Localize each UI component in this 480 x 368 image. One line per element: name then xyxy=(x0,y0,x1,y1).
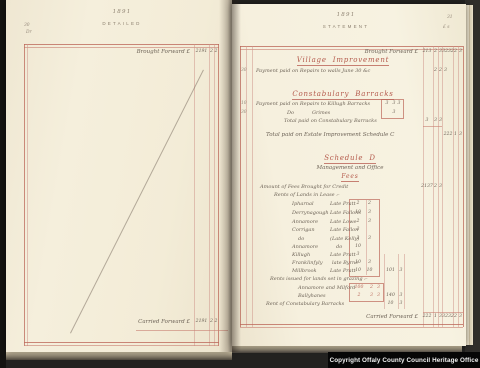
sum-line xyxy=(423,126,442,127)
land-item-row: Annamore Late Lowe 2 3 xyxy=(232,219,466,227)
land-name: Annamore xyxy=(292,244,318,250)
margin-date: 30 xyxy=(241,110,247,115)
rule-line xyxy=(209,44,210,346)
amount-pence: 2 xyxy=(214,49,218,54)
left-page-bottom-edge xyxy=(6,352,232,360)
rule-line xyxy=(24,345,219,346)
amount: 3 xyxy=(443,68,448,73)
subtotal: 101 xyxy=(383,268,398,273)
rule-line xyxy=(24,44,219,45)
margin-date: 10 xyxy=(241,101,247,106)
grazing-name: Annamore and Milford xyxy=(298,285,355,291)
left-folio-note: 30 xyxy=(24,23,30,28)
entry-text: Rent of Constabulary Barracks xyxy=(266,301,344,307)
rule-line xyxy=(240,327,463,328)
amount: 3 xyxy=(368,293,375,298)
left-page: 30 Dr 1891 DETAILED Brought Forward £ 21… xyxy=(6,0,232,352)
land-item-row: Ipharnal Late Pratt 2 2 xyxy=(232,201,466,209)
amount: 3 xyxy=(350,227,366,232)
rule-line xyxy=(24,342,219,343)
amount-pence: 2 xyxy=(214,319,218,324)
ledger-photo: 30 Dr 1891 DETAILED Brought Forward £ 21… xyxy=(0,0,480,368)
amount: 3 xyxy=(350,252,366,257)
entry-text: Grimes xyxy=(312,110,330,116)
amount: 3 xyxy=(366,219,373,224)
amount: 100 xyxy=(350,285,368,290)
amount-pence: 3 xyxy=(458,314,463,319)
constabulary-heading: Constabulary Barracks xyxy=(252,90,434,98)
land-item-row: Annamore do 10 xyxy=(232,244,466,252)
rule-line xyxy=(24,47,219,48)
amount: 3 xyxy=(366,210,373,215)
land-item-row: Killugh Late Pratt 3 xyxy=(232,252,466,260)
amount-pence: 3 xyxy=(458,132,463,137)
book-gutter-shadow xyxy=(219,0,241,352)
amount: 10 xyxy=(350,260,366,265)
amount: 3 xyxy=(366,236,373,241)
land-name: Killugh xyxy=(292,252,310,258)
carried-forward-label: Carried Forward £ xyxy=(138,319,190,325)
amount: 2 xyxy=(366,201,373,206)
rule-line xyxy=(214,44,215,346)
rule-line xyxy=(24,44,25,346)
subtotal: 3 xyxy=(398,268,404,273)
land-name: Franklinfyly xyxy=(292,260,323,266)
entry-text: Total paid on Constabulary Barracks xyxy=(284,118,377,124)
cross-out-diagonal xyxy=(70,70,204,334)
amount: 3 xyxy=(375,293,382,298)
total-estate-row: Total paid on Estate Improvement Schedul… xyxy=(232,132,466,140)
rule-line xyxy=(27,44,28,346)
amount: 10 xyxy=(350,210,366,215)
right-folio-number: 31 xyxy=(447,15,453,20)
amount: 10 xyxy=(366,268,373,273)
fees-amount-row: Amount of Fees Brought for Credit 2137 2… xyxy=(232,184,466,192)
left-folio-note2: Dr xyxy=(26,30,32,35)
amount: 10 xyxy=(350,244,366,249)
brought-forward-label: Brought Forward £ xyxy=(137,49,190,55)
entry-text: Payment paid on Repairs to Killugh Barra… xyxy=(256,101,370,107)
right-page: 1891 STATEMENT 31 £ s Brought Forward £ xyxy=(232,4,466,346)
ditto-label: Do xyxy=(287,110,294,116)
subtotal: 3 xyxy=(398,293,404,298)
brought-forward-label: Brought Forward £ xyxy=(365,49,418,55)
entry-text: Total paid on Estate Improvement Schedul… xyxy=(266,132,394,138)
land-item-row: do (Late Kelly) 2 3 xyxy=(232,236,466,244)
entry-text: Amount of Fees Brought for Credit xyxy=(260,184,348,190)
lands-header: Rents of Lands in Lease :- xyxy=(274,192,340,198)
amount: 3 xyxy=(366,260,373,265)
currency-note: £ s xyxy=(443,25,449,30)
left-printed-header: DETAILED xyxy=(46,21,198,26)
land-item-row: Millbrook Late Pratt 10 10 101 3 xyxy=(232,268,466,276)
schedule-d-heading: Schedule D xyxy=(262,154,438,162)
amount-pounds: 222 xyxy=(420,314,434,319)
entry-text: Payment paid on Repairs to walls June 30… xyxy=(256,68,370,74)
amount-pounds: 2191 xyxy=(194,319,209,324)
amount: 10 xyxy=(383,301,398,306)
walls-payment-row: 30 Payment paid on Repairs to walls June… xyxy=(232,68,466,76)
management-office-line: Management and Office xyxy=(262,165,438,171)
subtotal: 140 xyxy=(383,293,398,298)
amount: 2 xyxy=(368,285,375,290)
grazing-name: Ballyhanes xyxy=(298,293,326,299)
rent-constabulary-row: Rent of Constabulary Barracks 10 3 xyxy=(232,301,466,309)
carried-forward-label: Carried Forward £ xyxy=(366,314,418,320)
amount: 3 xyxy=(438,118,443,123)
amount-pounds: 213 xyxy=(420,49,434,54)
amount: 3 xyxy=(398,301,404,306)
amount: 3 xyxy=(420,118,434,123)
amount: 2 xyxy=(350,293,368,298)
land-name: Annamore xyxy=(292,219,318,225)
amount: 3 xyxy=(391,110,397,115)
land-item-row: Corrigan Late Fallon 3 xyxy=(232,227,466,235)
total-constabulary-row: Total paid on Constabulary Barracks 3 3 … xyxy=(232,118,466,126)
amount: 2 xyxy=(350,219,366,224)
land-name: Corrigan xyxy=(292,227,315,233)
amount: 3 xyxy=(375,285,382,290)
amount-pounds: 2137 xyxy=(420,184,434,189)
sum-line xyxy=(423,312,463,313)
rule-line xyxy=(240,46,463,47)
village-improvement-heading: Village Improvement xyxy=(252,56,434,64)
grazing-item-row: Annamore and Milford 100 2 3 xyxy=(232,285,466,293)
amount-pence: 3 xyxy=(458,49,463,54)
amount: 2 xyxy=(350,201,366,206)
land-name: Millbrook xyxy=(292,268,317,274)
grimes-row: 30 Do Grimes 3 xyxy=(232,110,466,118)
margin-date: 30 xyxy=(241,68,247,73)
barracks-payment-row: 10 Payment paid on Repairs to Killugh Ba… xyxy=(232,101,466,109)
land-name: Ipharnal xyxy=(292,201,314,207)
land-item-row: Derrynagough Late Fallons 10 3 xyxy=(232,210,466,218)
left-carried-forward-row: Carried Forward £ 2191 2 2 xyxy=(6,319,232,327)
land-name: Derrynagough xyxy=(292,210,329,216)
rule-line xyxy=(136,330,228,331)
copyright-watermark-text: Copyright Offaly County Council Heritage… xyxy=(330,357,479,364)
amount: 10 xyxy=(350,268,366,273)
grazing-header: Rents issued for lands set in grazing :- xyxy=(270,276,368,282)
left-brought-forward-row: Brought Forward £ 2191 2 2 xyxy=(6,49,232,57)
land-name: do xyxy=(298,236,304,242)
rule-line xyxy=(240,324,463,325)
left-year: 1891 xyxy=(46,9,198,15)
fees-heading: Fees xyxy=(262,173,438,180)
right-printed-header: STATEMENT xyxy=(266,24,426,29)
land-tenure: do xyxy=(336,244,342,250)
amount: 3 xyxy=(396,101,402,106)
amount-pounds: 2191 xyxy=(194,49,209,54)
carried-forward-row: Carried Forward £ 222 1 3 3232 2 3 xyxy=(232,314,466,322)
right-year: 1891 xyxy=(266,12,426,18)
amount-pence: 3 xyxy=(438,184,443,189)
copyright-watermark-bar: Copyright Offaly County Council Heritage… xyxy=(328,352,480,368)
amount: 2 xyxy=(350,236,366,241)
grazing-item-row: Ballyhanes 2 3 3 140 3 xyxy=(232,293,466,301)
land-item-row: Franklinfyly late Byrne 10 3 xyxy=(232,260,466,268)
